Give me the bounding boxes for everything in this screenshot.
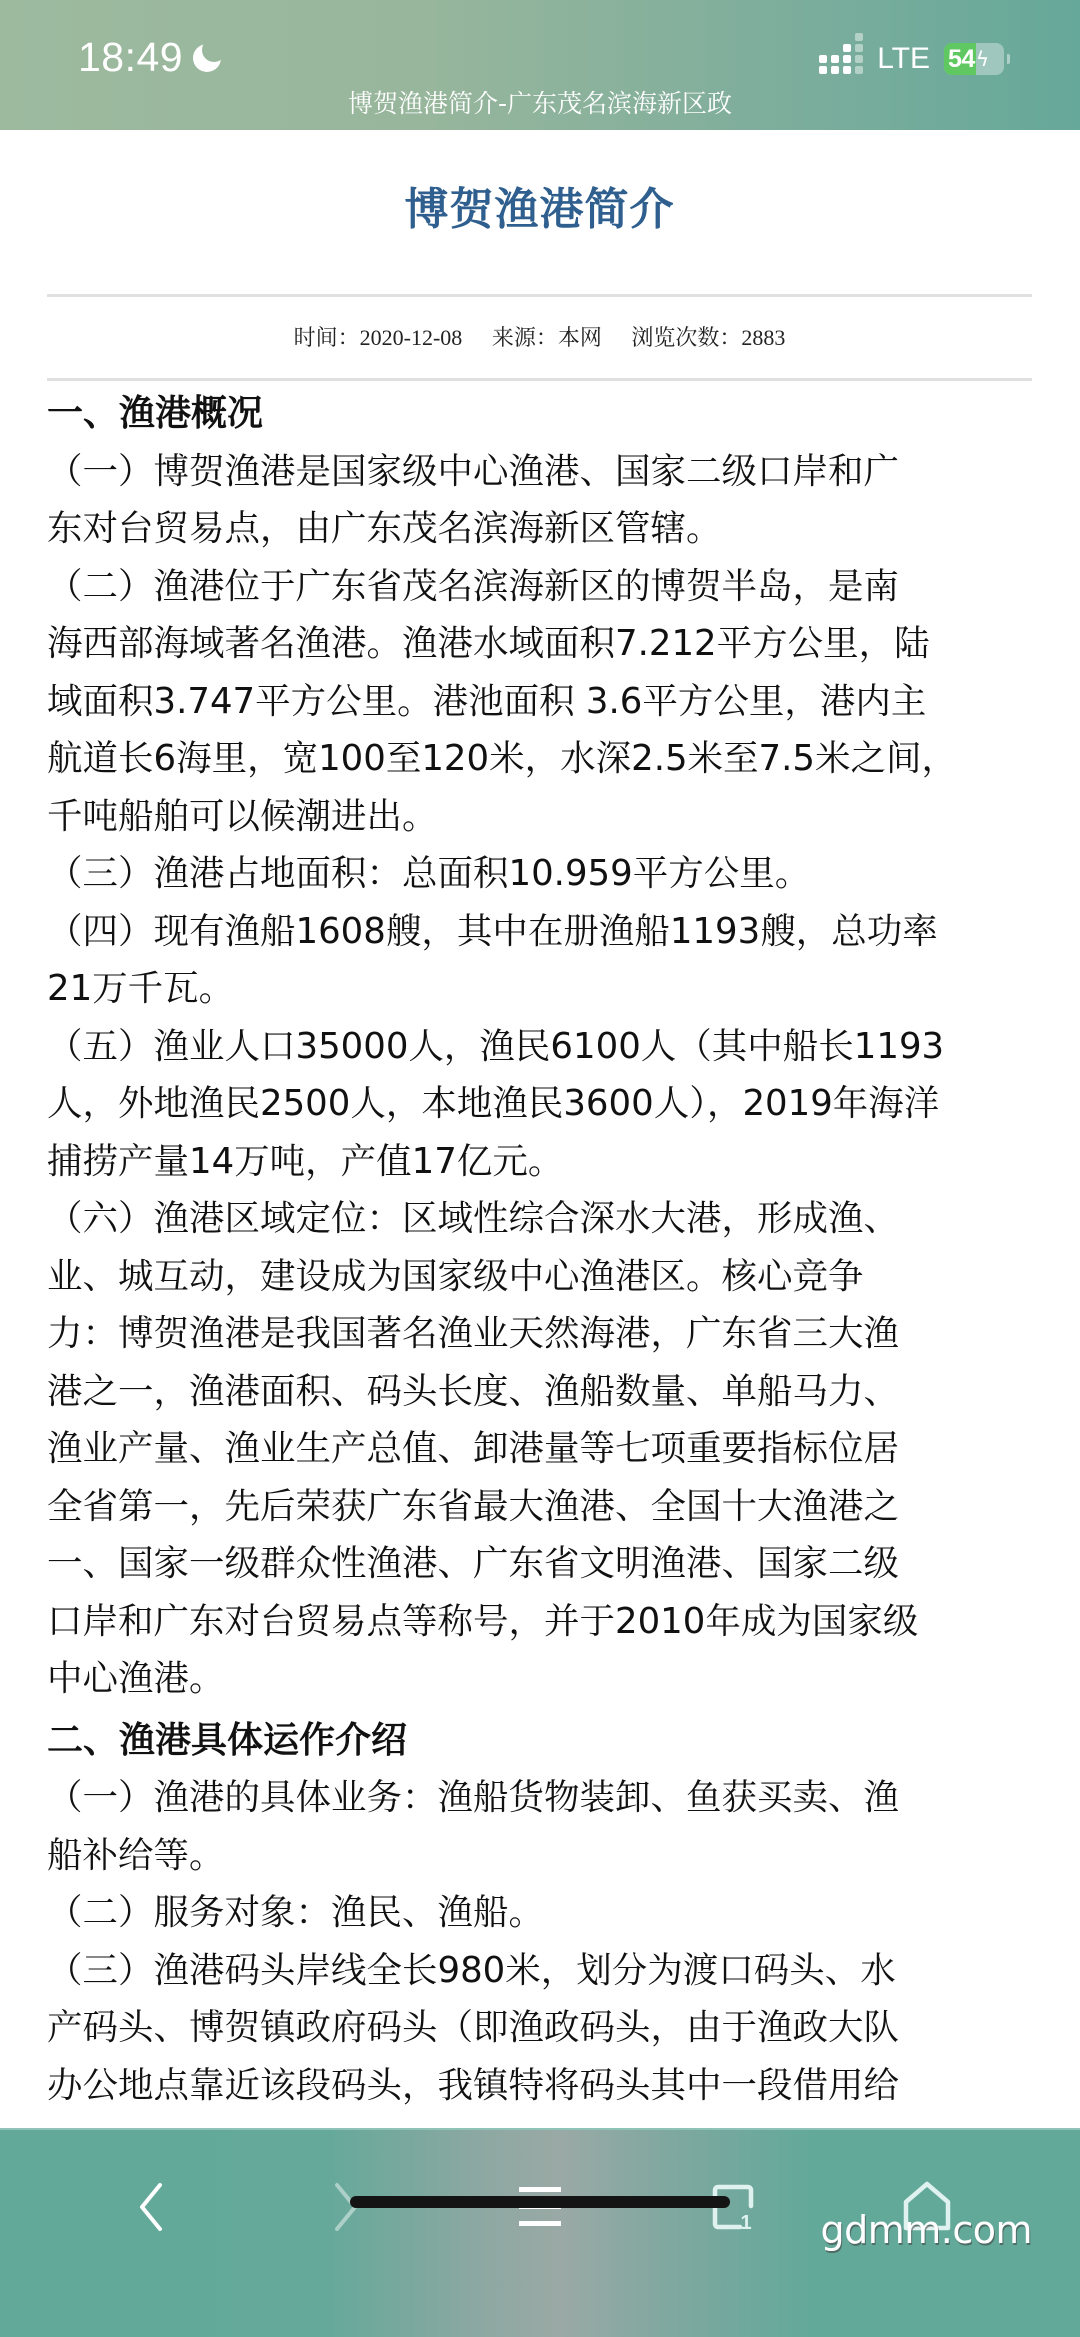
text-line: （五）渔业人口35000人，渔民6100人（其中船长1193 — [47, 1018, 1032, 1076]
text-line: 21万千瓦。 — [47, 960, 1032, 1018]
view-count: 浏览次数：2883 — [631, 325, 785, 350]
signal-icon — [819, 44, 863, 74]
status-indicators: LTE 54 ϟ — [819, 42, 1010, 76]
browser-bottom-toolbar: 1 gdmm.com — [0, 2128, 1080, 2337]
publish-date: 时间：2020-12-08 — [294, 325, 463, 350]
bolt-icon: ϟ — [976, 47, 989, 71]
meta-divider — [47, 378, 1032, 381]
text-line: 人，外地渔民2500人，本地渔民3600人），2019年海洋 — [47, 1075, 1032, 1133]
text-line: 产码头、博贺镇政府码头（即渔政码头，由于渔政大队 — [47, 1999, 1032, 2057]
battery-cap — [1007, 54, 1010, 64]
text-line: （二）服务对象：渔民、渔船。 — [47, 1884, 1032, 1942]
text-line: 海西部海域著名渔港。渔港水域面积7.212平方公里，陆 — [47, 615, 1032, 673]
article: 博贺渔港简介 时间：2020-12-08 来源：本网 浏览次数：2883 一、渔… — [47, 130, 1032, 2114]
text-line: （二）渔港位于广东省茂名滨海新区的博贺半岛，是南 — [47, 558, 1032, 616]
article-content: 一、渔港概况 （一）博贺渔港是国家级中心渔港、国家二级口岸和广 东对台贸易点，由… — [47, 385, 1032, 2114]
home-indicator-bar[interactable] — [350, 2196, 730, 2208]
battery-icon: 54 ϟ — [944, 43, 1004, 75]
text-line: 中心渔港。 — [47, 1650, 1032, 1708]
text-line: 域面积3.747平方公里。港池面积 3.6平方公里，港内主 — [47, 673, 1032, 731]
svg-text:1: 1 — [740, 2212, 751, 2232]
battery-percent: 54 — [944, 45, 975, 74]
article-meta: 时间：2020-12-08 来源：本网 浏览次数：2883 — [47, 297, 1032, 378]
browser-top-bar: 18:49 LTE 54 ϟ 博贺渔港简介-广东茂名滨海新区政 — [0, 0, 1080, 130]
article-title: 博贺渔港简介 — [47, 174, 1032, 246]
clock-text: 18:49 — [78, 34, 183, 81]
section-heading: 一、渔港概况 — [47, 385, 1032, 443]
text-line: 东对台贸易点，由广东茂名滨海新区管辖。 — [47, 500, 1032, 558]
moon-icon — [193, 42, 223, 74]
text-line: 业、城互动，建设成为国家级中心渔港区。核心竞争 — [47, 1248, 1032, 1306]
text-line: 港之一，渔港面积、码头长度、渔船数量、单船马力、 — [47, 1363, 1032, 1421]
text-line: 一、国家一级群众性渔港、广东省文明渔港、国家二级 — [47, 1535, 1032, 1593]
article-source: 来源：本网 — [492, 325, 602, 350]
back-button[interactable] — [106, 2172, 196, 2242]
section-heading: 二、渔港具体运作介绍 — [47, 1712, 1032, 1770]
text-line: 千吨船舶可以候潮进出。 — [47, 788, 1032, 846]
text-line: 口岸和广东对台贸易点等称号，并于2010年成为国家级 — [47, 1593, 1032, 1651]
text-line: （一）渔港的具体业务：渔船货物装卸、鱼获买卖、渔 — [47, 1769, 1032, 1827]
section-body: （一）渔港的具体业务：渔船货物装卸、鱼获买卖、渔 船补给等。 （二）服务对象：渔… — [47, 1769, 1032, 2114]
site-watermark: gdmm.com — [820, 2208, 1032, 2252]
text-line: 捕捞产量14万吨，产值17亿元。 — [47, 1133, 1032, 1191]
browser-page-title[interactable]: 博贺渔港简介-广东茂名滨海新区政 — [0, 84, 1080, 120]
text-line: 船补给等。 — [47, 1827, 1032, 1885]
text-line: （六）渔港区域定位：区域性综合深水大港，形成渔、 — [47, 1190, 1032, 1248]
text-line: 办公地点靠近该段码头，我镇特将码头其中一段借用给 — [47, 2057, 1032, 2115]
chevron-left-icon — [136, 2182, 166, 2232]
network-type: LTE — [877, 42, 930, 76]
text-line: （三）渔港占地面积：总面积10.959平方公里。 — [47, 845, 1032, 903]
text-line: （一）博贺渔港是国家级中心渔港、国家二级口岸和广 — [47, 443, 1032, 501]
section-body: （一）博贺渔港是国家级中心渔港、国家二级口岸和广 东对台贸易点，由广东茂名滨海新… — [47, 443, 1032, 1708]
text-line: （三）渔港码头岸线全长980米，划分为渡口码头、水 — [47, 1942, 1032, 2000]
text-line: 渔业产量、渔业生产总值、卸港量等七项重要指标位居 — [47, 1420, 1032, 1478]
status-time: 18:49 — [78, 34, 223, 81]
text-line: （四）现有渔船1608艘，其中在册渔船1193艘，总功率 — [47, 903, 1032, 961]
text-line: 全省第一，先后荣获广东省最大渔港、全国十大渔港之 — [47, 1478, 1032, 1536]
text-line: 航道长6海里，宽100至120米，水深2.5米至7.5米之间， — [47, 730, 1032, 788]
text-line: 力：博贺渔港是我国著名渔业天然海港，广东省三大渔 — [47, 1305, 1032, 1363]
